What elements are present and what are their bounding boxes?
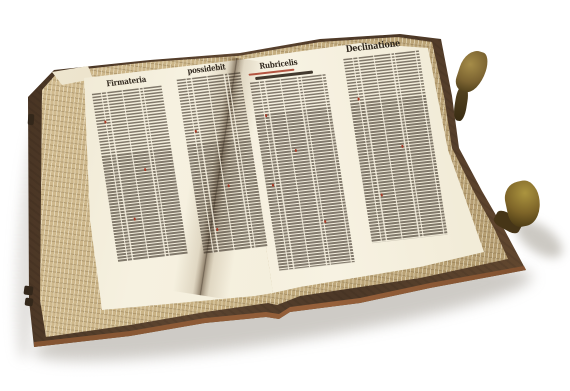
rubric-mark	[272, 184, 274, 187]
rubric-mark	[195, 130, 197, 133]
rubric-mark	[216, 228, 218, 231]
lower-clasp	[500, 178, 548, 234]
left-column1-running-head: Firmateria	[106, 75, 147, 88]
rubric-mark	[134, 218, 136, 221]
right-page-text: Rubricelis Declinatione	[246, 39, 451, 274]
rubric-mark	[357, 97, 359, 100]
rubric-mark	[295, 149, 297, 152]
book-photo: Firmateria possidebit Rubricelis Declina…	[0, 0, 570, 391]
upper-clasp	[452, 48, 492, 124]
left-column2-running-head: possidebit	[187, 62, 226, 74]
rubric-mark	[381, 193, 383, 196]
rubric-mark	[401, 145, 403, 148]
catch-plate	[28, 114, 35, 125]
upper-clasp-fitting	[453, 47, 491, 96]
left-page-text: Firmateria possidebit	[90, 63, 276, 266]
rubric-mark	[104, 120, 106, 123]
catch-plate	[24, 297, 33, 306]
rubric-mark	[324, 220, 326, 223]
rubric-mark	[265, 114, 267, 117]
rubric-mark	[144, 168, 146, 171]
catch-plate	[23, 285, 33, 295]
rubric-mark	[227, 184, 229, 187]
